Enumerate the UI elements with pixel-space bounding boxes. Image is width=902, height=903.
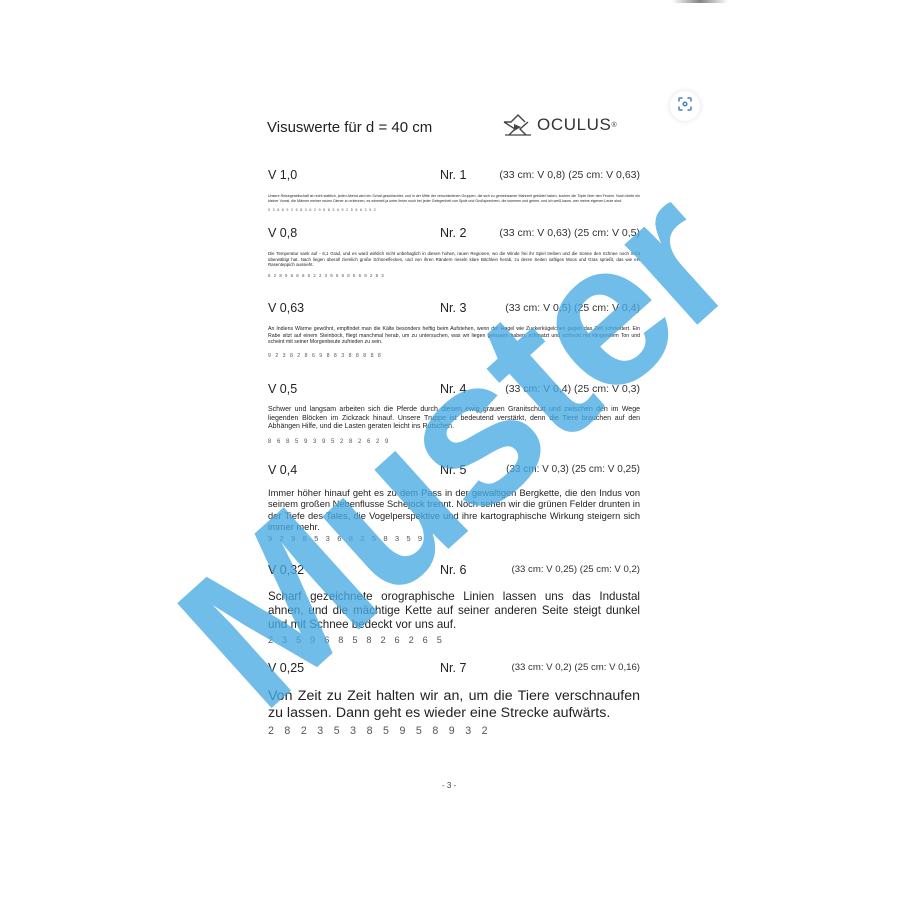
section-number: Nr. 4: [440, 382, 466, 396]
distance-equivalents: (33 cm: V 0,25) (25 cm: V 0,2): [512, 564, 641, 575]
oculus-star-icon: [502, 114, 534, 136]
acuity-value: V 0,5: [268, 382, 297, 396]
distance-equivalents: (33 cm: V 0,4) (25 cm: V 0,3): [505, 383, 640, 395]
distance-equivalents: (33 cm: V 0,8) (25 cm: V 0,63): [499, 169, 640, 181]
acuity-value: V 0,32: [268, 563, 304, 577]
section-number: Nr. 5: [440, 463, 466, 477]
reading-paragraph: Scharf gezeichnete orographische Linien …: [268, 590, 640, 633]
oculus-logo: OCULUS ®: [502, 114, 617, 136]
section-number: Nr. 3: [440, 301, 466, 315]
distance-equivalents: (33 cm: V 0,5) (25 cm: V 0,4): [505, 302, 640, 314]
reading-paragraph: Unsere Reisegesellschaft ist recht statt…: [268, 194, 640, 203]
digit-row: 5 3 8 6 9 2 5 8 3 6 2 9 5 8 3 6 9 2 5 8 …: [268, 208, 640, 212]
logo-text: OCULUS: [537, 115, 611, 135]
registered-mark: ®: [611, 122, 616, 129]
reading-paragraph: Schwer und langsam arbeiten sich die Pfe…: [268, 406, 640, 432]
document-page: Visuswerte für d = 40 cm OCULUS ® V 1,0 …: [230, 100, 670, 800]
digit-row: 2 3 5 9 6 8 5 8 2 6 2 6 5: [268, 635, 640, 645]
distance-equivalents: (33 cm: V 0,3) (25 cm: V 0,25): [506, 464, 640, 475]
section-number: Nr. 2: [440, 226, 466, 240]
digit-row: 9 2 9 8 5 3 6 8 2 5 8 3 5 9: [268, 534, 640, 543]
distance-equivalents: (33 cm: V 0,2) (25 cm: V 0,16): [512, 662, 641, 673]
reading-paragraph: Von Zeit zu Zeit halten wir an, um die T…: [268, 688, 640, 722]
document-title: Visuswerte für d = 40 cm: [267, 119, 432, 136]
acuity-section: V 0,8 Nr. 2 (33 cm: V 0,63) (25 cm: V 0,…: [268, 226, 640, 278]
visual-search-icon: [678, 97, 692, 116]
section-number: Nr. 7: [440, 661, 466, 675]
acuity-section: V 0,32 Nr. 6 (33 cm: V 0,25) (25 cm: V 0…: [268, 563, 640, 645]
acuity-section: V 0,63 Nr. 3 (33 cm: V 0,5) (25 cm: V 0,…: [268, 301, 640, 359]
section-number: Nr. 1: [440, 168, 466, 182]
reading-paragraph: Immer höher hinauf geht es zu dem Pass i…: [268, 488, 640, 533]
visual-search-button[interactable]: [670, 91, 700, 121]
acuity-value: V 1,0: [268, 168, 297, 182]
reading-paragraph: Die Temperatur sank auf - 6,1 Grad, und …: [268, 251, 640, 268]
acuity-section: V 0,25 Nr. 7 (33 cm: V 0,2) (25 cm: V 0,…: [268, 661, 640, 737]
page-number: - 3 -: [442, 781, 456, 790]
digit-row: 8 6 8 5 9 3 9 5 2 8 2 6 2 9: [268, 439, 640, 445]
distance-equivalents: (33 cm: V 0,63) (25 cm: V 0,5): [499, 227, 640, 239]
acuity-value: V 0,4: [268, 463, 297, 477]
acuity-section: V 0,5 Nr. 4 (33 cm: V 0,4) (25 cm: V 0,3…: [268, 382, 640, 445]
acuity-value: V 0,25: [268, 661, 304, 675]
acuity-section: V 1,0 Nr. 1 (33 cm: V 0,8) (25 cm: V 0,6…: [268, 168, 640, 212]
digit-row: 6 2 8 5 6 8 6 5 2 2 3 9 5 6 8 5 6 9 2 9 …: [268, 273, 640, 278]
acuity-value: V 0,63: [268, 301, 304, 315]
digit-row: 2 8 2 3 5 3 8 5 9 5 8 9 3 2: [268, 725, 640, 737]
acuity-value: V 0,8: [268, 226, 297, 240]
acuity-section: V 0,4 Nr. 5 (33 cm: V 0,3) (25 cm: V 0,2…: [268, 463, 640, 543]
digit-row: 9 2 3 8 2 8 6 9 8 8 3 8 8 8 8 8: [268, 353, 640, 359]
reading-paragraph: An Indiens Wärme gewöhnt, empfindet man …: [268, 326, 640, 346]
section-number: Nr. 6: [440, 563, 466, 577]
top-bar-edge: [672, 0, 728, 3]
